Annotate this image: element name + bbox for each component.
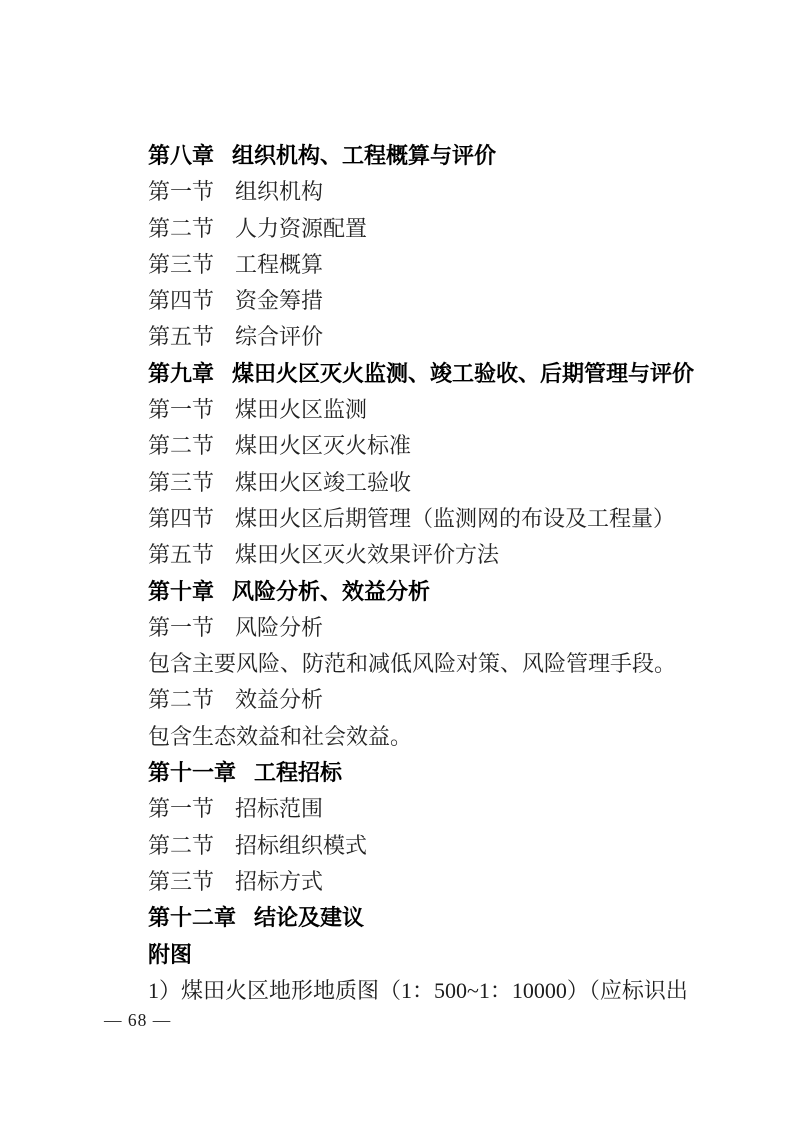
document-page: 第八章组织机构、工程概算与评价第一节组织机构第二节人力资源配置第三节工程概算第四… xyxy=(0,0,793,1122)
line-title: 结论及建议 xyxy=(254,905,364,930)
line-title: 煤田火区后期管理（监测网的布设及工程量） xyxy=(235,506,675,531)
section-entry: 第三节煤田火区竣工验收 xyxy=(148,465,733,501)
section-entry: 第一节招标范围 xyxy=(148,791,733,827)
line-title: 风险分析 xyxy=(235,615,323,640)
line-title: 工程招标 xyxy=(254,760,342,785)
line-title: 风险分析、效益分析 xyxy=(232,579,430,604)
line-label: 第十二章 xyxy=(148,905,236,930)
line-label: 第三节 xyxy=(148,869,214,894)
chapter-heading: 第九章煤田火区灭火监测、竣工验收、后期管理与评价 xyxy=(148,356,733,392)
chapter-heading: 第八章组织机构、工程概算与评价 xyxy=(148,138,733,174)
line-label: 第一节 xyxy=(148,397,214,422)
section-entry: 第一节煤田火区监测 xyxy=(148,392,733,428)
figure-list-item: 1）煤田火区地形地质图（1：500~1：10000）（应标识出 xyxy=(148,973,733,1009)
line-label: 第一节 xyxy=(148,179,214,204)
chapter-heading: 附图 xyxy=(148,937,733,973)
line-label: 第一节 xyxy=(148,615,214,640)
line-label: 第二节 xyxy=(148,687,214,712)
line-label: 第十章 xyxy=(148,579,214,604)
section-entry: 第四节资金筹措 xyxy=(148,283,733,319)
line-title: 煤田火区灭火标准 xyxy=(235,433,411,458)
section-entry: 第三节工程概算 xyxy=(148,247,733,283)
section-entry: 第一节风险分析 xyxy=(148,610,733,646)
line-label: 第二节 xyxy=(148,833,214,858)
line-label: 附图 xyxy=(148,942,192,967)
line-title: 煤田火区竣工验收 xyxy=(235,470,411,495)
section-entry: 第五节煤田火区灭火效果评价方法 xyxy=(148,537,733,573)
section-entry: 第三节招标方式 xyxy=(148,864,733,900)
line-title: 煤田火区灭火监测、竣工验收、后期管理与评价 xyxy=(232,361,694,386)
line-title: 组织机构 xyxy=(235,179,323,204)
line-label: 第二节 xyxy=(148,433,214,458)
line-text: 1）煤田火区地形地质图（1：500~1：10000）（应标识出 xyxy=(148,978,688,1003)
line-label: 第九章 xyxy=(148,361,214,386)
section-entry: 第二节招标组织模式 xyxy=(148,828,733,864)
body-text: 包含主要风险、防范和减低风险对策、风险管理手段。 xyxy=(148,646,733,682)
line-label: 第五节 xyxy=(148,542,214,567)
section-entry: 第五节综合评价 xyxy=(148,319,733,355)
body-text: 包含生态效益和社会效益。 xyxy=(148,719,733,755)
line-label: 第三节 xyxy=(148,470,214,495)
line-text: 包含生态效益和社会效益。 xyxy=(148,724,412,749)
chapter-heading: 第十一章工程招标 xyxy=(148,755,733,791)
line-label: 第四节 xyxy=(148,506,214,531)
line-label: 第五节 xyxy=(148,324,214,349)
line-title: 人力资源配置 xyxy=(235,216,367,241)
section-entry: 第二节效益分析 xyxy=(148,682,733,718)
section-entry: 第二节人力资源配置 xyxy=(148,211,733,247)
line-title: 招标范围 xyxy=(235,796,323,821)
section-entry: 第一节组织机构 xyxy=(148,174,733,210)
chapter-heading: 第十二章结论及建议 xyxy=(148,900,733,936)
line-title: 煤田火区监测 xyxy=(235,397,367,422)
line-title: 工程概算 xyxy=(235,252,323,277)
line-label: 第四节 xyxy=(148,288,214,313)
line-label: 第十一章 xyxy=(148,760,236,785)
line-label: 第一节 xyxy=(148,796,214,821)
section-entry: 第二节煤田火区灭火标准 xyxy=(148,428,733,464)
chapter-heading: 第十章风险分析、效益分析 xyxy=(148,574,733,610)
line-title: 效益分析 xyxy=(235,687,323,712)
line-title: 招标方式 xyxy=(235,869,323,894)
line-title: 煤田火区灭火效果评价方法 xyxy=(235,542,499,567)
line-label: 第八章 xyxy=(148,143,214,168)
line-label: 第三节 xyxy=(148,252,214,277)
section-entry: 第四节煤田火区后期管理（监测网的布设及工程量） xyxy=(148,501,733,537)
page-number: — 68 — xyxy=(104,1008,171,1032)
line-title: 综合评价 xyxy=(235,324,323,349)
line-label: 第二节 xyxy=(148,216,214,241)
line-title: 招标组织模式 xyxy=(235,833,367,858)
line-title: 组织机构、工程概算与评价 xyxy=(232,143,496,168)
line-text: 包含主要风险、防范和减低风险对策、风险管理手段。 xyxy=(148,651,676,676)
document-lines: 第八章组织机构、工程概算与评价第一节组织机构第二节人力资源配置第三节工程概算第四… xyxy=(148,138,733,1009)
line-title: 资金筹措 xyxy=(235,288,323,313)
